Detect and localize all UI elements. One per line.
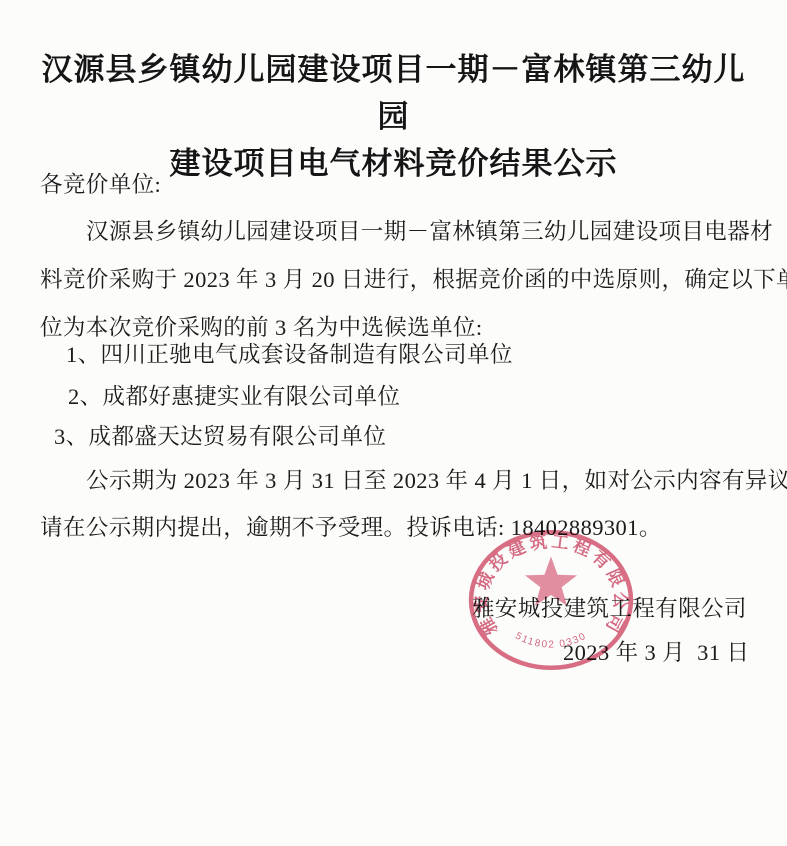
document-title: 汉源县乡镇幼儿园建设项目一期－富林镇第三幼儿园 建设项目电气材料竞价结果公示 xyxy=(30,46,757,187)
seal-star-icon xyxy=(525,557,577,606)
salutation: 各竞价单位: xyxy=(40,170,161,200)
official-seal: 雅安城投建筑工程有限公司 511802 0330 xyxy=(464,526,638,674)
paragraph1-line-2: 料竞价采购于 2023 年 3 月 20 日进行，根据竞价函的中选原则，确定以下… xyxy=(40,265,787,295)
winner-item-1: 1、四川正驰电气成套设备制造有限公司单位 xyxy=(66,340,513,370)
title-line-1: 汉源县乡镇幼儿园建设项目一期－富林镇第三幼儿园 xyxy=(30,46,757,140)
paragraph2-line-1: 公示期为 2023 年 3 月 31 日至 2023 年 4 月 1 日，如对公… xyxy=(86,466,787,496)
winner-item-2: 2、成都好惠捷实业有限公司单位 xyxy=(68,382,400,412)
paragraph1-line-3: 位为本次竞价采购的前 3 名为中选候选单位: xyxy=(40,313,483,343)
document-page: 汉源县乡镇幼儿园建设项目一期－富林镇第三幼儿园 建设项目电气材料竞价结果公示 各… xyxy=(0,0,787,846)
seal-number-text: 511802 0330 xyxy=(513,631,589,651)
paragraph1-line-1: 汉源县乡镇幼儿园建设项目一期－富林镇第三幼儿园建设项目电器材 xyxy=(86,217,773,247)
seal-number: 511802 0330 xyxy=(513,631,589,651)
winner-item-3: 3、成都盛天达贸易有限公司单位 xyxy=(54,422,386,452)
